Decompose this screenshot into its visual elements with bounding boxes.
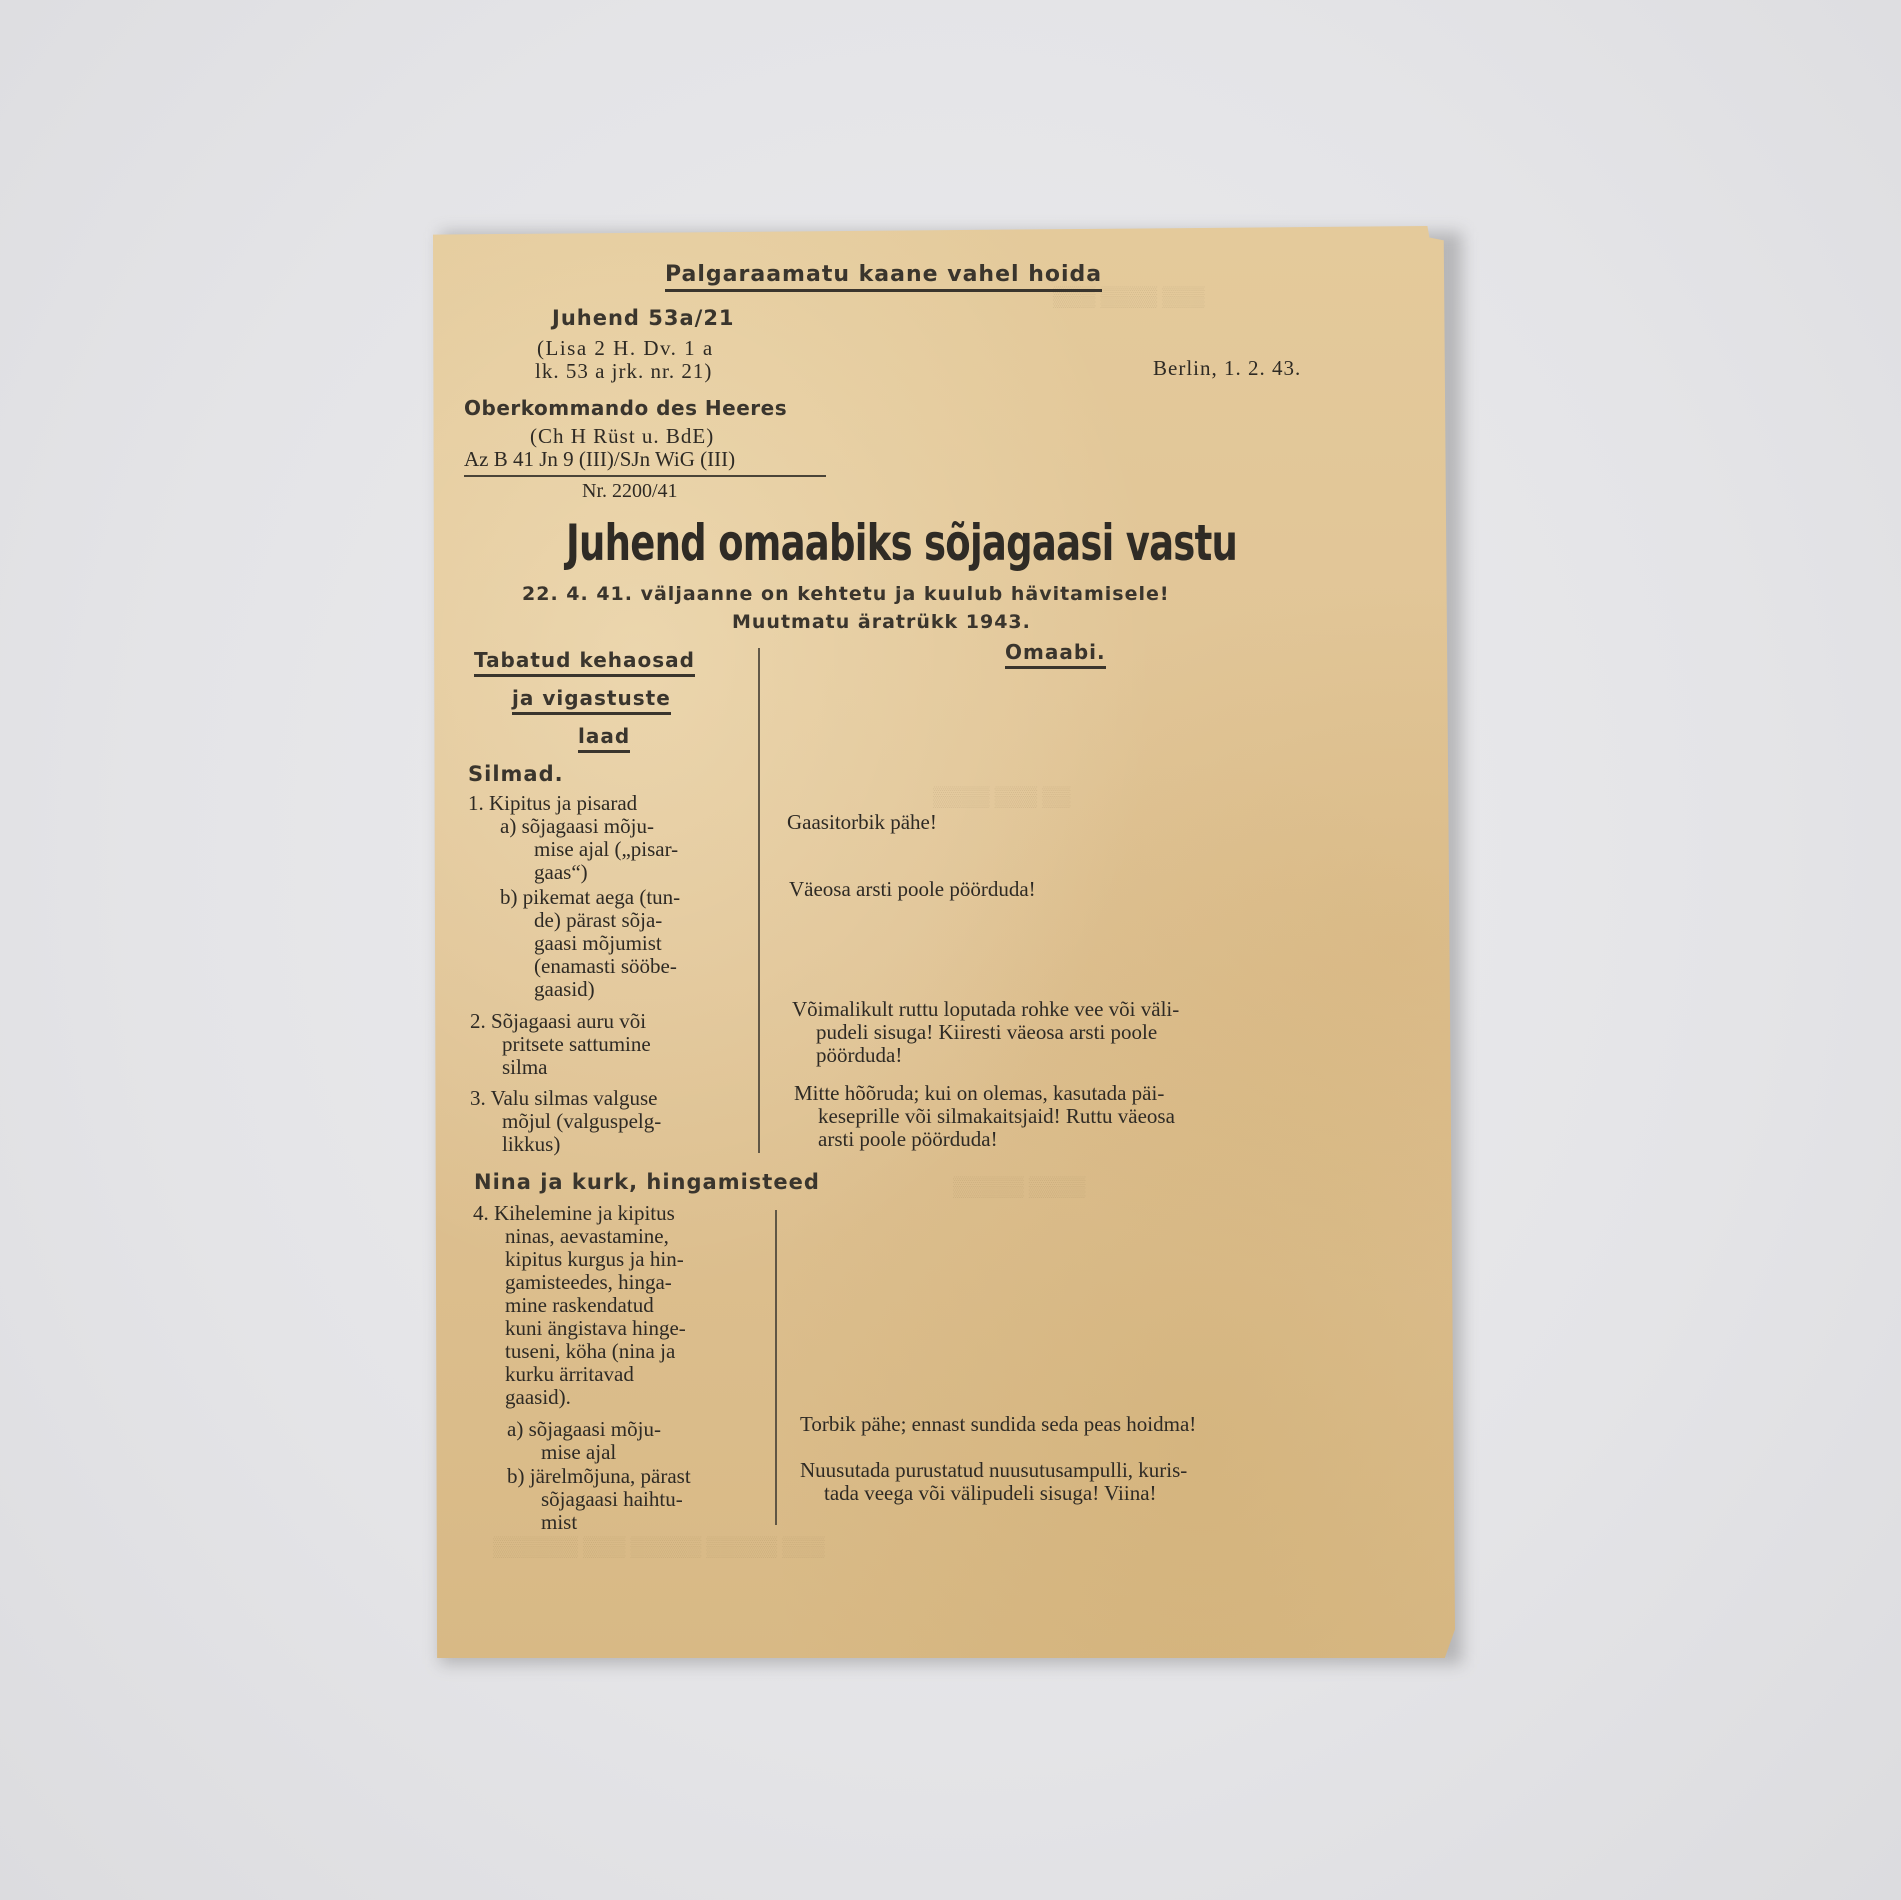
left-column-header-line: Tabatud kehaosad [474, 648, 695, 677]
text-line: mise ajal („pisar- [468, 838, 748, 861]
text-line: a) sõjagaasi mõju- [468, 815, 748, 838]
text-line: Gaasitorbik pähe! [787, 811, 937, 834]
text-line: silma [470, 1056, 750, 1079]
subtitle-line: 22. 4. 41. väljaanne on kehtetu ja kuulu… [522, 583, 1170, 605]
symptom-block: b) järelmõjuna, pärast sõjagaasi haihtu-… [507, 1465, 757, 1534]
text-line: pritsete sattumine [470, 1033, 750, 1056]
document-title: Juhend omaabiks sõjagaasi vastu [566, 514, 1237, 572]
reference-line: (Lisa 2 H. Dv. 1 a [537, 336, 714, 361]
text-line: tuseni, köha (nina ja [473, 1340, 763, 1363]
bleed-through-texture: ▒▒▒▒▒ ▒▒▒▒ [953, 1176, 1086, 1199]
text-line: keseprille või silmakaitsjaid! Ruttu väe… [794, 1105, 1175, 1128]
text-line: gaasid) [468, 978, 748, 1001]
reference-title: Juhend 53a/21 [552, 306, 735, 330]
remedy-block: Väeosa arsti poole pöörduda! [789, 878, 1036, 901]
left-column-header-line: ja vigastuste [512, 686, 671, 715]
text-line: Nuusutada purustatud nuusutusampulli, ku… [800, 1459, 1187, 1482]
issuer-line: Az B 41 Jn 9 (III)/SJn WiG (III) [464, 447, 735, 472]
text-line: gamisteedes, hinga- [473, 1271, 763, 1294]
text-line: 3. Valu silmas valguse [470, 1087, 750, 1110]
text-line: pudeli sisuga! Kiiresti väeosa arsti poo… [792, 1021, 1179, 1044]
text-line: Torbik pähe; ennast sundida seda peas ho… [800, 1413, 1196, 1436]
symptom-block: 2. Sõjagaasi auru või pritsete sattumine… [470, 1010, 750, 1079]
left-column-header: laad [578, 724, 630, 748]
text-line: likkus) [470, 1133, 750, 1156]
section-heading: Nina ja kurk, hingamisteed [474, 1170, 820, 1194]
text-line: pöörduda! [792, 1044, 1179, 1067]
column-divider [758, 648, 760, 1153]
document-number: Nr. 2200/41 [582, 480, 678, 503]
text-line: (enamasti sööbe- [468, 955, 748, 978]
symptom-block: 4. Kihelemine ja kipitus ninas, aevastam… [473, 1202, 763, 1409]
divider-rule [464, 475, 826, 477]
text-line: de) pärast sõja- [468, 909, 748, 932]
text-line: sõjagaasi haihtu- [507, 1488, 757, 1511]
text-line: b) järelmõjuna, pärast [507, 1465, 757, 1488]
text-line: tada veega või välipudeli sisuga! Viina! [800, 1482, 1187, 1505]
issuer: Oberkommando des Heeres [464, 396, 787, 420]
right-column-header: Omaabi. [1005, 640, 1106, 664]
text-line: mist [507, 1511, 757, 1534]
column-divider [775, 1210, 777, 1525]
text-line: kurku ärritavad [473, 1363, 763, 1386]
remedy-block: Nuusutada purustatud nuusutusampulli, ku… [800, 1459, 1187, 1505]
symptom-block: b) pikemat aega (tun- de) pärast sõja- g… [468, 886, 748, 1001]
place-date: Berlin, 1. 2. 43. [1153, 356, 1301, 381]
reference-line: lk. 53 a jrk. nr. 21) [535, 359, 712, 384]
text-line: Mitte hõõruda; kui on olemas, kasutada p… [794, 1082, 1175, 1105]
remedy-block: Võimalikult ruttu loputada rohke vee või… [792, 998, 1179, 1067]
text-line: ninas, aevastamine, [473, 1225, 763, 1248]
left-column-header: ja vigastuste [512, 686, 671, 710]
symptom-block: 3. Valu silmas valguse mõjul (valguspelg… [470, 1087, 750, 1156]
right-column-header-text: Omaabi. [1005, 640, 1106, 669]
remedy-block: Gaasitorbik pähe! [787, 811, 937, 834]
text-line: kuni ängistava hinge- [473, 1317, 763, 1340]
text-line: mise ajal [507, 1441, 757, 1464]
text-line: Võimalikult ruttu loputada rohke vee või… [792, 998, 1179, 1021]
symptom-block: a) sõjagaasi mõju- mise ajal [507, 1418, 757, 1464]
section-heading: Silmad. [468, 762, 564, 786]
text-line: 1. Kipitus ja pisarad [468, 792, 748, 815]
header-note-text: Palgaraamatu kaane vahel hoida [665, 262, 1102, 292]
subtitle-line: Muutmatu äratrükk 1943. [732, 611, 1031, 633]
header-note: Palgaraamatu kaane vahel hoida [665, 262, 1102, 287]
text-line: kipitus kurgus ja hin- [473, 1248, 763, 1271]
left-column-header: Tabatud kehaosad [474, 648, 695, 672]
text-line: a) sõjagaasi mõju- [507, 1418, 757, 1441]
text-line: gaasid). [473, 1386, 763, 1409]
issuer-line: (Ch H Rüst u. BdE) [530, 424, 714, 449]
remedy-block: Mitte hõõruda; kui on olemas, kasutada p… [794, 1082, 1175, 1151]
text-line: 2. Sõjagaasi auru või [470, 1010, 750, 1033]
bleed-through-texture: ▒▒▒▒▒▒ ▒▒▒ ▒▒▒▒▒ ▒▒▒▒▒ ▒▒▒ [493, 1536, 825, 1559]
text-line: b) pikemat aega (tun- [468, 886, 748, 909]
text-line: gaas“) [468, 861, 748, 884]
text-line: arsti poole pöörduda! [794, 1128, 1175, 1151]
symptom-block: 1. Kipitus ja pisarad a) sõjagaasi mõju-… [468, 792, 748, 884]
text-line: gaasi mõjumist [468, 932, 748, 955]
text-line: mõjul (valguspelg- [470, 1110, 750, 1133]
text-line: Väeosa arsti poole pöörduda! [789, 878, 1036, 901]
text-line: mine raskendatud [473, 1294, 763, 1317]
text-line: 4. Kihelemine ja kipitus [473, 1202, 763, 1225]
bleed-through-texture: ▒▒▒▒ ▒▒▒ ▒▒ [933, 786, 1071, 809]
remedy-block: Torbik pähe; ennast sundida seda peas ho… [800, 1413, 1196, 1436]
left-column-header-line: laad [578, 724, 630, 753]
